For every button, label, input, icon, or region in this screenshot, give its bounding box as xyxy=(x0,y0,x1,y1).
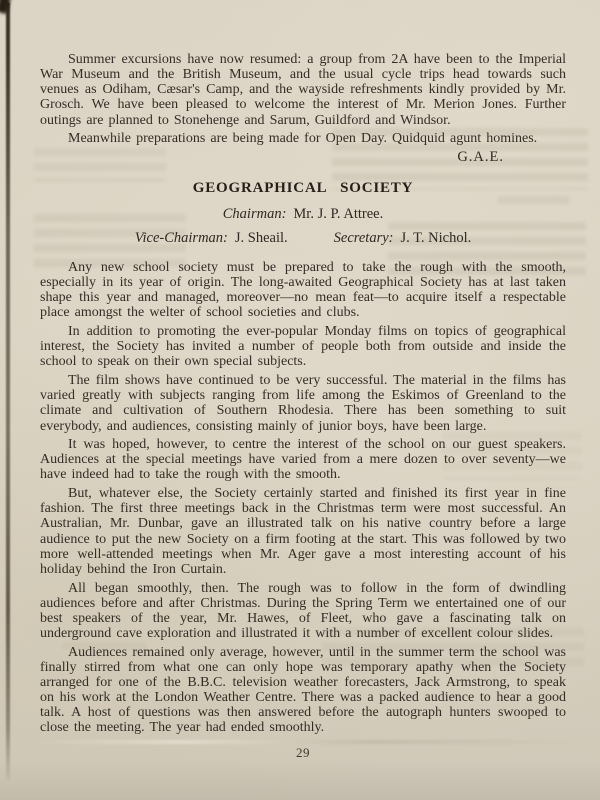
body-paragraph-open-day: Meanwhile preparations are being made fo… xyxy=(40,131,566,146)
chairman-name: Mr. J. P. Attree. xyxy=(293,206,383,222)
vice-chairman-entry: Vice-Chairman:J. Sheail. xyxy=(135,230,288,247)
scan-bottom-shadow xyxy=(0,760,600,800)
body-paragraph: Any new school society must be prepared … xyxy=(40,260,566,321)
vice-chairman-label: Vice-Chairman: xyxy=(135,230,228,246)
body-paragraph: The film shows have continued to be very… xyxy=(40,373,566,434)
body-paragraph: But, whatever else, the Society certainl… xyxy=(40,486,566,577)
body-paragraph: Audiences remained only average, however… xyxy=(40,645,566,736)
section-title: GEOGRAPHICAL SOCIETY xyxy=(40,180,566,196)
body-paragraph: In addition to promoting the ever-popula… xyxy=(40,324,566,369)
page-content: Summer excursions have now resumed: a gr… xyxy=(0,0,600,761)
officers-chairman-line: Chairman:Mr. J. P. Attree. xyxy=(40,206,566,223)
author-initials: G.A.E. xyxy=(40,150,566,165)
body-paragraph-excursions: Summer excursions have now resumed: a gr… xyxy=(40,52,566,128)
scanned-magazine-page: Summer excursions have now resumed: a gr… xyxy=(0,0,600,800)
page-number: 29 xyxy=(40,745,566,761)
secretary-name: J. T. Nichol. xyxy=(401,230,472,246)
vice-chairman-name: J. Sheail. xyxy=(235,230,288,246)
body-paragraph: All began smoothly, then. The rough was … xyxy=(40,581,566,642)
chairman-label: Chairman: xyxy=(223,206,287,222)
officers-second-line: Vice-Chairman:J. Sheail. Secretary:J. T.… xyxy=(40,230,566,247)
body-paragraph: It was hoped, however, to centre the int… xyxy=(40,437,566,482)
secretary-label: Secretary: xyxy=(334,230,394,246)
secretary-entry: Secretary:J. T. Nichol. xyxy=(334,230,472,247)
